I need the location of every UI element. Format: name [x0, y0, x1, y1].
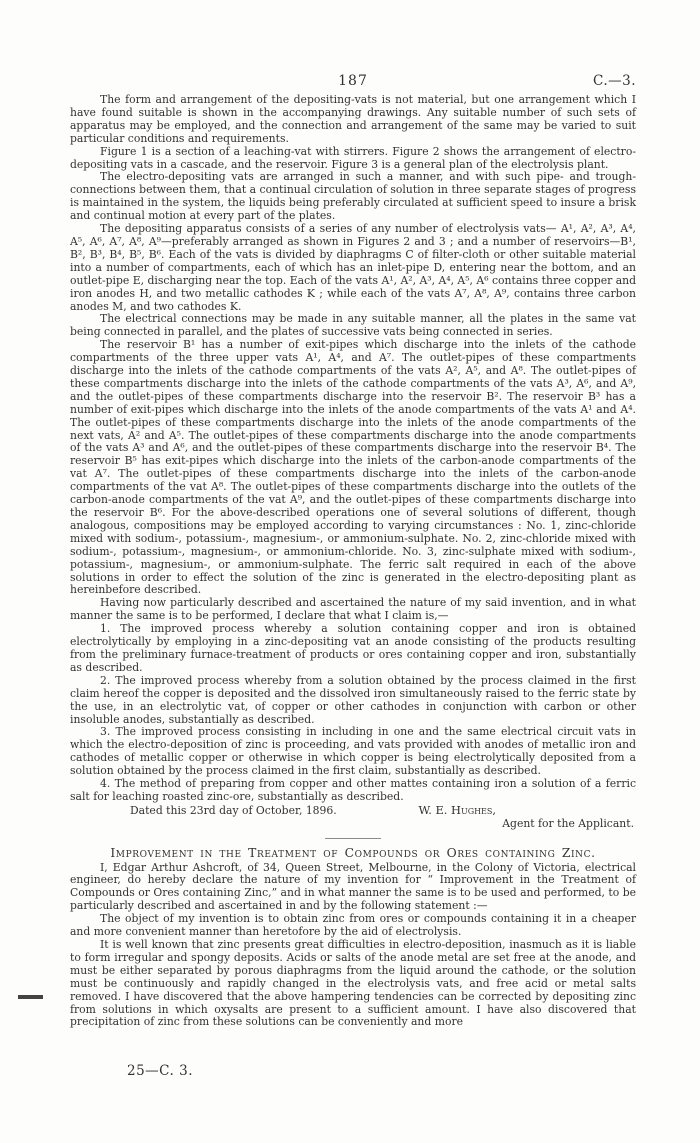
signature-name: W. E. Hughes,: [419, 804, 497, 817]
paragraph-zinc-difficulties: It is well known that zinc presents grea…: [70, 939, 636, 1029]
paragraph-vats-arrangement: The electro-depositing vats are arranged…: [70, 171, 636, 223]
claim-1: 1. The improved process whereby a soluti…: [70, 623, 636, 675]
paragraph-figures: Figure 1 is a section of a leaching-vat …: [70, 146, 636, 172]
page-body: The form and arrangement of the depositi…: [70, 94, 636, 1029]
document-reference: C.—3.: [593, 73, 636, 89]
margin-mark: [18, 995, 43, 999]
dated-signature-row: Dated this 23rd day of October, 1896. W.…: [70, 804, 636, 818]
document-page: 187 C.—3. The form and arrangement of th…: [0, 0, 700, 1143]
dated-line: Dated this 23rd day of October, 1896.: [70, 805, 337, 818]
section-divider-rule: [325, 838, 381, 839]
signature-role: Agent for the Applicant.: [70, 818, 636, 831]
claim-2: 2. The improved process whereby from a s…: [70, 675, 636, 727]
paragraph-claims-preamble: Having now particularly described and as…: [70, 597, 636, 623]
claim-4: 4. The method of preparing from copper a…: [70, 778, 636, 804]
page-footer-signature-mark: 25—C. 3.: [127, 1063, 193, 1079]
paragraph-form-arrangement: The form and arrangement of the depositi…: [70, 94, 636, 146]
paragraph-declaration: I, Edgar Arthur Ashcroft, of 34, Queen S…: [70, 862, 636, 914]
section-heading: Improvement in the Treatment of Compound…: [70, 847, 636, 860]
claim-3: 3. The improved process consisting in in…: [70, 726, 636, 778]
paragraph-object-of-invention: The object of my invention is to obtain …: [70, 913, 636, 939]
paragraph-depositing-apparatus: The depositing apparatus consists of a s…: [70, 223, 636, 313]
page-number: 187: [70, 73, 636, 89]
paragraph-reservoir-circulation: The reservoir B¹ has a number of exit-pi…: [70, 339, 636, 597]
page-header: 187 C.—3.: [70, 73, 636, 91]
paragraph-electrical-connections: The electrical connections may be made i…: [70, 313, 636, 339]
